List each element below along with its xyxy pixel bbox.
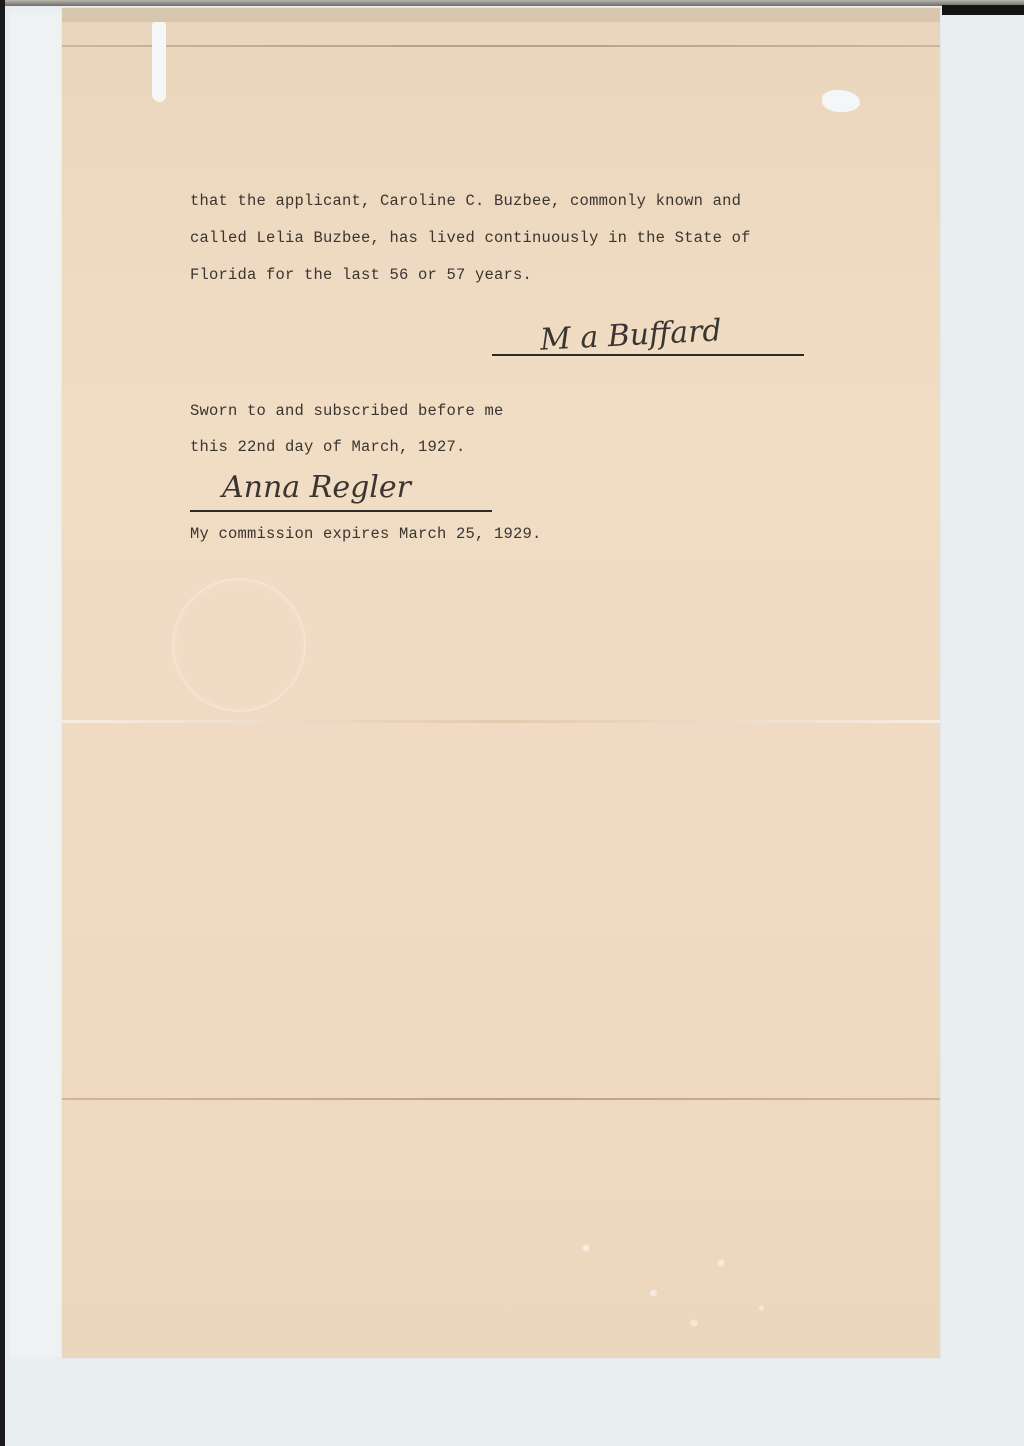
- paper-top-edge: [62, 8, 940, 22]
- paper-tear: [152, 22, 166, 102]
- paper-wear: [532, 1203, 802, 1353]
- affiant-signature: M a Buffard: [539, 313, 722, 357]
- embossed-seal: [172, 578, 306, 712]
- paper-tear: [822, 90, 860, 112]
- paragraph-line: that the applicant, Caroline C. Buzbee, …: [190, 192, 741, 210]
- paragraph-line: Florida for the last 56 or 57 years.: [190, 266, 532, 284]
- affiant-signature-line: [492, 354, 804, 356]
- jurat-line: Sworn to and subscribed before me: [190, 402, 504, 420]
- notary-signature-line: [190, 510, 492, 512]
- document-page: that the applicant, Caroline C. Buzbee, …: [62, 8, 940, 1358]
- commission-line: My commission expires March 25, 1929.: [190, 525, 542, 543]
- scan-border-left: [0, 0, 5, 1446]
- jurat-line: this 22nd day of March, 1927.: [190, 438, 466, 456]
- fold-line: [62, 1098, 940, 1100]
- fold-line: [62, 45, 940, 47]
- scan-border-top: [0, 0, 1024, 6]
- scan-margin: [10, 12, 62, 1357]
- fold-line: [62, 720, 940, 723]
- paragraph-line: called Lelia Buzbee, has lived continuou…: [190, 229, 751, 247]
- notary-signature: Anna Regler: [222, 470, 411, 505]
- scan-border-top-right: [942, 5, 1024, 15]
